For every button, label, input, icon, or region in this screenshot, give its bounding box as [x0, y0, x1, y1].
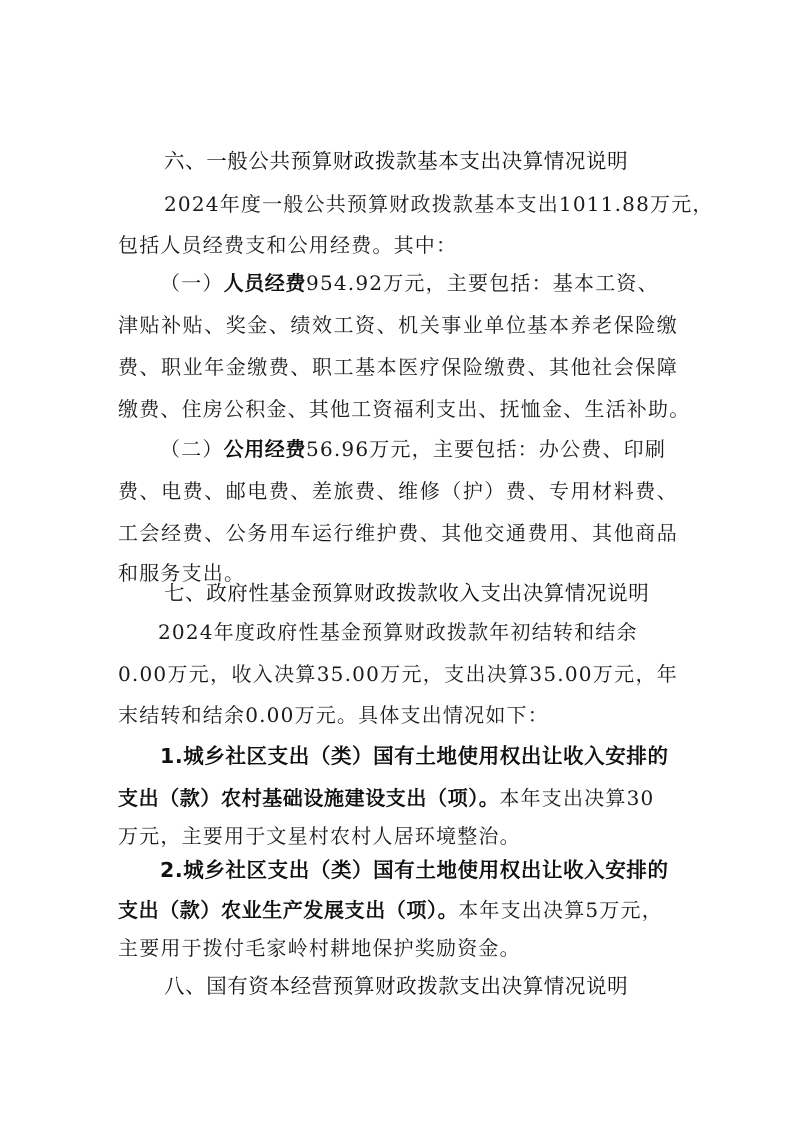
public-line2: 费、电费、邮电费、差旅费、维修（护）费、专用材料费、	[118, 479, 678, 503]
item2-line2-rest: 本年支出决算5万元，	[458, 898, 663, 922]
section-eight-heading: 八、国有资本经营预算财政拨款支出决算情况说明	[164, 974, 628, 998]
section-six-intro-line2: 包括人员经费支和公用经费。其中：	[118, 233, 457, 257]
section-seven-intro-line1: 2024年度政府性基金预算财政拨款年初结转和结余	[158, 620, 638, 644]
personnel-line1: （一）人员经费954.92万元，主要包括：基本工资、	[160, 271, 659, 295]
section-seven-intro-line2: 0.00万元，收入决算35.00万元，支出决算35.00万元，年	[118, 662, 678, 686]
personnel-line2: 津贴补贴、奖金、绩效工资、机关事业单位基本养老保险缴	[118, 313, 678, 337]
public-line1: （二）公用经费56.96万元，主要包括：办公费、印刷	[160, 437, 666, 461]
item1-line3: 万元，主要用于文星村农村人居环境整治。	[118, 824, 521, 848]
item1-bold-line1: 1.城乡社区支出（类）国有土地使用权出让收入安排的	[160, 744, 669, 768]
public-line3: 工会经费、公务用车运行维护费、其他交通费用、其他商品	[118, 521, 678, 545]
personnel-line3: 费、职业年金缴费、职工基本医疗保险缴费、其他社会保障	[118, 355, 678, 379]
personnel-line1-rest: 954.92万元，主要包括：基本工资、	[306, 271, 659, 295]
public-label: 公用经费	[224, 437, 306, 461]
public-prefix: （二）	[160, 437, 224, 461]
item1-bold-line2: 支出（款）农村基础设施建设支出（项）。	[118, 786, 499, 810]
item2-bold-line1: 2.城乡社区支出（类）国有土地使用权出让收入安排的	[160, 858, 669, 882]
item2-line3: 主要用于拨付毛家岭村耕地保护奖励资金。	[118, 936, 521, 960]
section-seven-heading: 七、政府性基金预算财政拨款收入支出决算情况说明	[164, 581, 649, 605]
section-seven-intro-line3: 末结转和结余0.00万元。具体支出情况如下：	[118, 703, 549, 727]
item1-line2: 支出（款）农村基础设施建设支出（项）。本年支出决算30	[118, 786, 654, 810]
public-line1-rest: 56.96万元，主要包括：办公费、印刷	[306, 437, 666, 461]
item1-line2-rest: 本年支出决算30	[499, 786, 654, 810]
section-six-intro-line1: 2024年度一般公共预算财政拨款基本支出1011.88万元，	[164, 192, 714, 216]
item2-line2: 支出（款）农业生产发展支出（项）。本年支出决算5万元，	[118, 898, 663, 922]
personnel-prefix: （一）	[160, 271, 224, 295]
section-six-heading: 六、一般公共预算财政拨款基本支出决算情况说明	[164, 149, 628, 173]
personnel-label: 人员经费	[224, 271, 306, 295]
item2-bold-line2: 支出（款）农业生产发展支出（项）。	[118, 898, 458, 922]
personnel-line4: 缴费、住房公积金、其他工资福利支出、抚恤金、生活补助。	[118, 397, 678, 421]
